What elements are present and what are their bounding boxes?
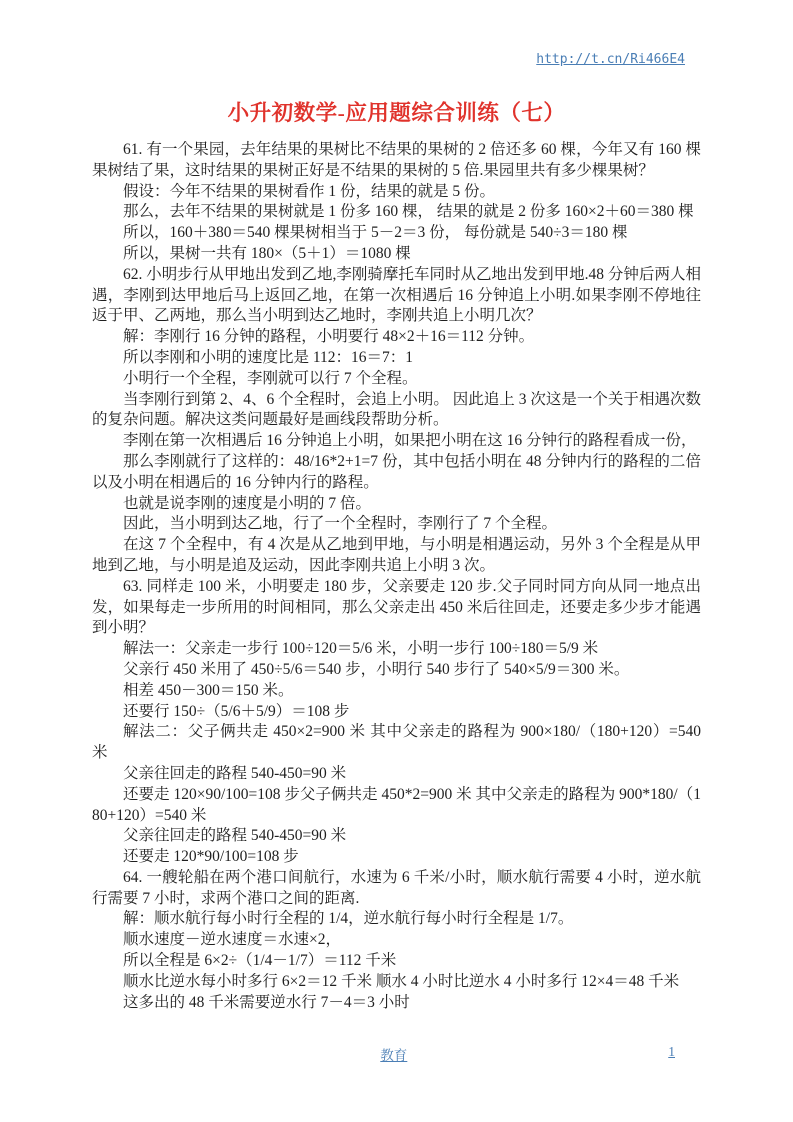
paragraph: 62. 小明步行从甲地出发到乙地,李刚骑摩托车同时从乙地出发到甲地.48 分钟后… — [92, 265, 701, 327]
paragraph: 所以，果树一共有 180×（5＋1）＝1080 棵 — [92, 244, 701, 265]
paragraph: 那么李刚就行了这样的：48/16*2+1=7 份，其中包括小明在 48 分钟内行… — [92, 452, 701, 494]
paragraph: 相差 450－300＝150 米。 — [92, 681, 701, 702]
paragraph: 那么，去年不结果的果树就是 1 份多 160 棵， 结果的就是 2 份多 160… — [92, 202, 701, 223]
paragraph: 所以全程是 6×2÷（1/4－1/7）＝112 千米 — [92, 951, 701, 972]
header-url-link[interactable]: http://t.cn/Ri466E4 — [536, 52, 685, 67]
document-header: http://t.cn/Ri466E4 — [0, 50, 685, 68]
paragraph: 解：李刚行 16 分钟的路程，小明要行 48×2＋16＝112 分钟。 — [92, 327, 701, 348]
paragraph: 解：顺水航行每小时行全程的 1/4，逆水航行每小时行全程是 1/7。 — [92, 909, 701, 930]
paragraph: 当李刚行到第 2、4、6 个全程时，会追上小明。 因此追上 3 次这是一个关于相… — [92, 390, 701, 432]
paragraph: 顺水比逆水每小时多行 6×2＝12 千米 顺水 4 小时比逆水 4 小时多行 1… — [92, 972, 701, 993]
page-title: 小升初数学-应用题综合训练（七） — [0, 96, 793, 127]
paragraph: 所以李刚和小明的速度比是 112：16＝7：1 — [92, 348, 701, 369]
paragraph: 解法一：父亲走一步行 100÷120＝5/6 米，小明一步行 100÷180＝5… — [92, 639, 701, 660]
paragraph: 父亲往回走的路程 540-450=90 米 — [92, 826, 701, 847]
paragraph: 李刚在第一次相遇后 16 分钟追上小明，如果把小明在这 16 分钟行的路程看成一… — [92, 431, 701, 452]
document-page: http://t.cn/Ri466E4 小升初数学-应用题综合训练（七） 61.… — [0, 0, 793, 1122]
document-body: 61. 有一个果园，去年结果的果树比不结果的果树的 2 倍还多 60 棵，今年又… — [92, 140, 701, 1013]
document-footer: 教育 1 — [92, 1044, 701, 1064]
footer-education-link[interactable]: 教育 — [380, 1044, 407, 1064]
paragraph: 父亲行 450 米用了 450÷5/6＝540 步，小明行 540 步行了 54… — [92, 660, 701, 681]
paragraph: 顺水速度－逆水速度＝水速×2， — [92, 930, 701, 951]
paragraph: 64. 一艘轮船在两个港口间航行，水速为 6 千米/小时，顺水航行需要 4 小时… — [92, 868, 701, 910]
page-number-link[interactable]: 1 — [668, 1044, 675, 1060]
paragraph: 所以，160＋380＝540 棵果树相当于 5－2＝3 份， 每份就是 540÷… — [92, 223, 701, 244]
paragraph: 63. 同样走 100 米，小明要走 180 步，父亲要走 120 步.父子同时… — [92, 577, 701, 639]
paragraph: 父亲往回走的路程 540-450=90 米 — [92, 764, 701, 785]
paragraph: 也就是说李刚的速度是小明的 7 倍。 — [92, 494, 701, 515]
paragraph: 还要走 120×90/100=108 步父子俩共走 450*2=900 米 其中… — [92, 785, 701, 827]
paragraph: 假设：今年不结果的果树看作 1 份，结果的就是 5 份。 — [92, 182, 701, 203]
paragraph: 还要行 150÷（5/6＋5/9）＝108 步 — [92, 702, 701, 723]
paragraph: 解法二：父子俩共走 450×2=900 米 其中父亲走的路程为 900×180/… — [92, 722, 701, 764]
paragraph: 因此，当小明到达乙地，行了一个全程时，李刚行了 7 个全程。 — [92, 514, 701, 535]
paragraph: 61. 有一个果园，去年结果的果树比不结果的果树的 2 倍还多 60 棵，今年又… — [92, 140, 701, 182]
paragraph: 这多出的 48 千米需要逆水行 7－4＝3 小时 — [92, 993, 701, 1014]
paragraph: 小明行一个全程，李刚就可以行 7 个全程。 — [92, 369, 701, 390]
paragraph: 在这 7 个全程中，有 4 次是从乙地到甲地，与小明是相遇运动，另外 3 个全程… — [92, 535, 701, 577]
paragraph: 还要走 120*90/100=108 步 — [92, 847, 701, 868]
